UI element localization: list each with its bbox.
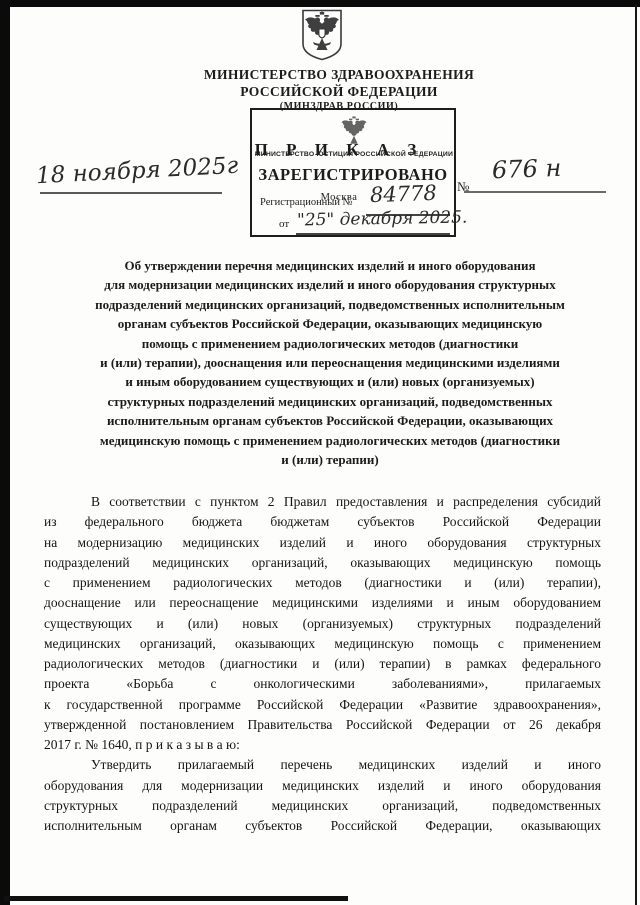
title-line: и (или) терапии) [25, 450, 635, 469]
body-line: существующих и (или) новых (организуемых… [44, 614, 601, 634]
ministry-name-line1: МИНИСТЕРСТВО ЗДРАВООХРАНЕНИЯ [0, 66, 640, 83]
title-line: Об утверждении перечня медицинских издел… [25, 256, 635, 275]
scanned-order-page: МИНИСТЕРСТВО ЗДРАВООХРАНЕНИЯ РОССИЙСКОЙ … [0, 0, 640, 905]
stamp-reg-date-label: от [279, 218, 289, 230]
body-line: исполнительным органам субъектов Российс… [44, 816, 601, 836]
body-line: структурных подразделений медицинских ор… [44, 796, 601, 816]
title-line: и (или) терапии), дооснащения или переос… [25, 353, 635, 372]
title-line: подразделений медицинских организаций, п… [25, 295, 635, 314]
body-paragraph-2: Утвердить прилагаемый перечень медицинск… [44, 755, 601, 836]
title-line: структурных подразделений медицинских ор… [25, 392, 635, 411]
order-title: Об утверждении перечня медицинских издел… [25, 256, 635, 469]
stamp-reg-date-underline [296, 233, 450, 235]
body-line: проекта «Борьба с онкологическими заболе… [44, 674, 601, 694]
ministry-name-line2: РОССИЙСКОЙ ФЕДЕРАЦИИ [0, 83, 640, 100]
body-line: подразделений медицинских организаций, о… [44, 553, 601, 573]
body-paragraph-1: В соответствии с пунктом 2 Правил предос… [44, 492, 601, 755]
city-name: Москва [0, 192, 640, 203]
body-line: медицинских организаций, оказывающих мед… [44, 634, 601, 654]
scan-border-left [0, 0, 10, 905]
title-line: для модернизации медицинских изделий и и… [25, 275, 635, 294]
scan-border-bottom [4, 896, 348, 901]
order-body: В соответствии с пунктом 2 Правил предос… [44, 492, 601, 836]
body-line: на модернизацию медицинских изделий и ин… [44, 533, 601, 553]
stamp-eagle-icon [337, 112, 371, 149]
title-line: органам субъектов Российской Федерации, … [25, 314, 635, 333]
body-line: В соответствии с пунктом 2 Правил предос… [44, 492, 601, 512]
body-line: радиологических методов (диагностики и (… [44, 654, 601, 674]
body-line: дооснащение или переоснащение медицински… [44, 593, 601, 613]
title-line: помощь с применением радиологических мет… [25, 334, 635, 353]
body-line: к государственной программе Российской Ф… [44, 695, 601, 715]
document-number-handwritten: 676 н [492, 154, 562, 184]
body-line: оборудования для модернизации медицински… [44, 776, 601, 796]
stamp-authority: МИНИСТЕРСТВО ЮСТИЦИИ РОССИЙСКОЙ ФЕДЕРАЦИ… [253, 151, 455, 158]
body-line: 2017 г. № 1640, п р и к а з ы в а ю: [44, 735, 601, 755]
body-line: с применением радиологических методов (д… [44, 573, 601, 593]
body-line: Утвердить прилагаемый перечень медицинск… [44, 755, 601, 775]
coat-of-arms-emblem [299, 9, 345, 61]
body-line: утвержденной постановлением Правительств… [44, 715, 601, 735]
stamp-reg-date-handwritten: "25" декабря 2025. [297, 208, 468, 231]
body-line: из федерального бюджета бюджетам субъект… [44, 512, 601, 532]
title-line: исполнительным органам субъектов Российс… [25, 411, 635, 430]
scan-border-top [0, 0, 640, 7]
title-line: и иным оборудованием существующих и (или… [25, 372, 635, 391]
title-line: медицинскую помощь с применением радиоло… [25, 431, 635, 450]
registration-stamp: МИНИСТЕРСТВО ЮСТИЦИИ РОССИЙСКОЙ ФЕДЕРАЦИ… [250, 108, 456, 237]
